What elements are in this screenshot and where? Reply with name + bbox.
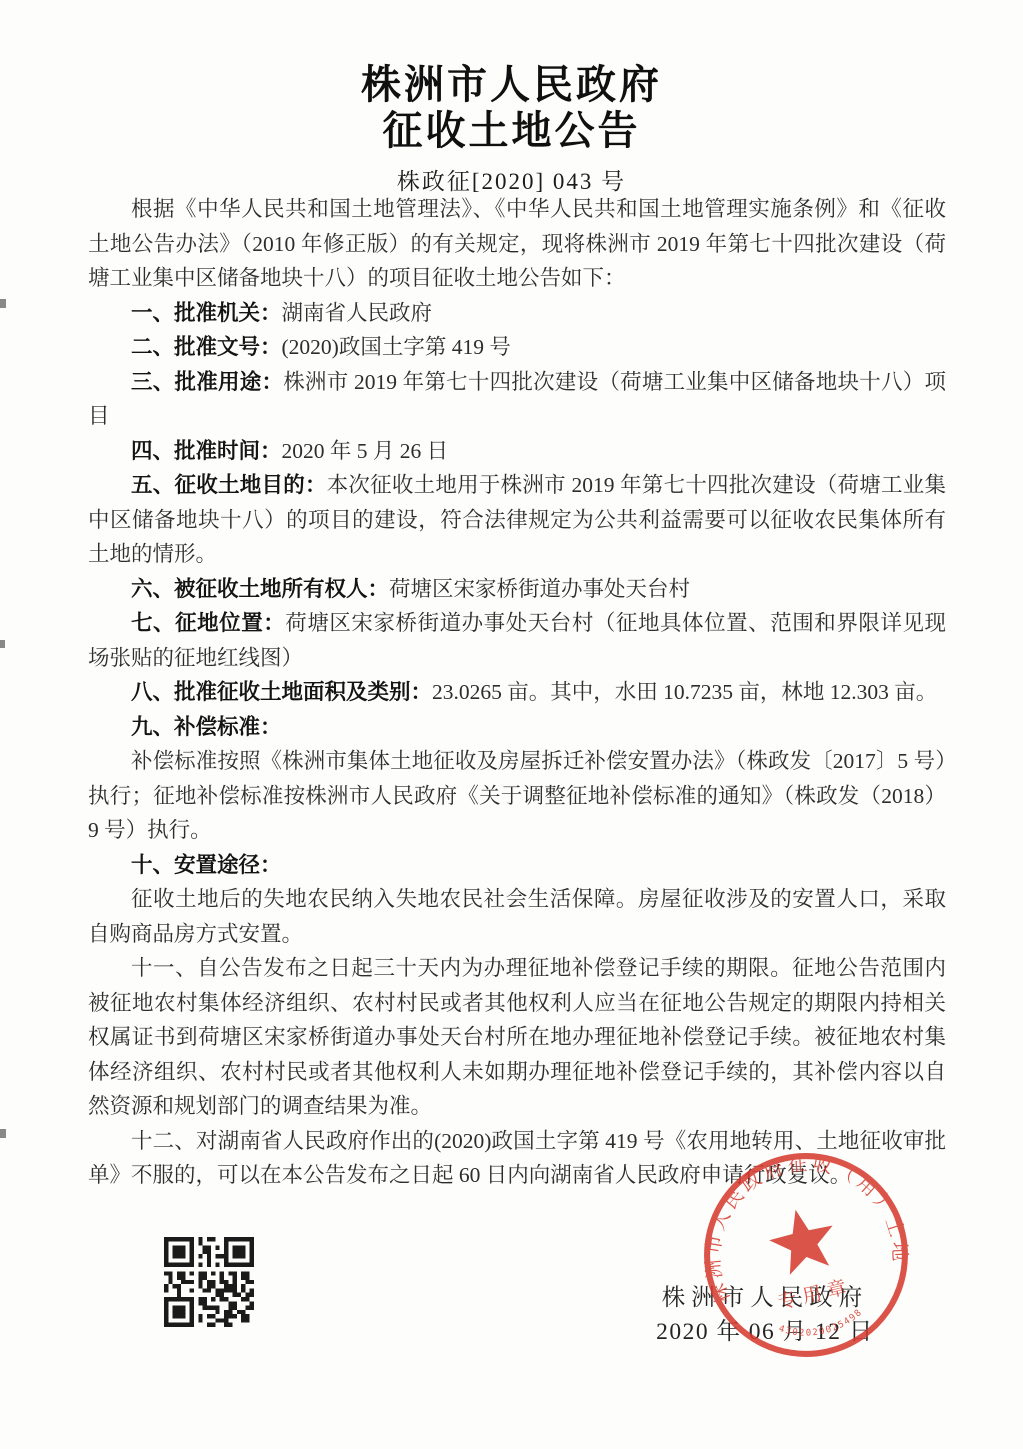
paragraph-text: 湖南省人民政府 [282,301,433,325]
paragraph-text: 根据《中华人民共和国土地管理法》、《中华人民共和国土地管理实施条例》和《征收土地… [88,197,946,290]
paragraph-label: 一、批准机关： [131,301,282,325]
paragraph-label: 九、补偿标准： [131,715,282,739]
item-8-land-area: 八、批准征收土地面积及类别：23.0265 亩。其中，水田 10.7235 亩，… [88,675,946,710]
qr-code [164,1236,254,1328]
paragraph-text: 2020 年 5 月 26 日 [282,439,449,463]
paragraph-label: 十、安置途径： [131,853,282,877]
paragraph-intro: 根据《中华人民共和国土地管理法》、《中华人民共和国土地管理实施条例》和《征收土地… [88,192,946,296]
announcement-document: 株洲市人民政府 征收土地公告 株政征[2020] 043 号 根据《中华人民共和… [0,0,1023,1449]
signature-date: 2020 年 06 月 12 日 [610,1317,920,1347]
paragraph-text: 荷塘区宋家桥街道办事处天台村 [389,577,690,601]
paragraph-label: 二、批准文号： [131,335,282,359]
document-title-line1: 株洲市人民政府 [0,62,1023,108]
scan-artifact [0,299,6,308]
seal-star-icon [764,1202,841,1277]
item-9-compensation-heading: 九、补偿标准： [88,710,946,745]
item-2-approval-doc-number: 二、批准文号：(2020)政国土字第 419 号 [88,330,946,365]
paragraph-label: 六、被征收土地所有权人： [131,577,389,601]
paragraph-resettlement-detail: 征收土地后的失地农民纳入失地农民社会生活保障。房屋征收涉及的安置人口，采取自购商… [88,882,946,951]
paragraph-item-11-registration: 十一、自公告发布之日起三十天内为办理征地补偿登记手续的期限。征地公告范围内被征地… [88,951,946,1124]
paragraph-label: 三、批准用途： [131,370,283,394]
document-body: 根据《中华人民共和国土地管理法》、《中华人民共和国土地管理实施条例》和《征收土地… [88,192,946,1193]
document-header: 株洲市人民政府 征收土地公告 株政征[2020] 043 号 [0,62,1023,196]
signature-issuer: 株洲市人民政府 [610,1283,920,1313]
paragraph-item-12-review: 十二、对湖南省人民政府作出的(2020)政国土字第 419 号《农用地转用、土地… [88,1124,946,1193]
scan-artifact [0,640,5,648]
paragraph-label: 五、征收土地目的： [131,473,327,497]
paragraph-text: 十一、自公告发布之日起三十天内为办理征地补偿登记手续的期限。征地公告范围内被征地… [88,956,946,1118]
paragraph-label: 八、批准征收土地面积及类别： [131,680,432,704]
paragraph-text: 23.0265 亩。其中，水田 10.7235 亩，林地 12.303 亩。 [432,680,937,704]
paragraph-text: 征收土地后的失地农民纳入失地农民社会生活保障。房屋征收涉及的安置人口，采取自购商… [88,887,946,946]
paragraph-label: 七、征地位置： [131,611,285,635]
document-title-line2: 征收土地公告 [0,108,1023,154]
paragraph-compensation-detail: 补偿标准按照《株洲市集体土地征收及房屋拆迁补偿安置办法》（株政发〔2017〕5 … [88,744,946,848]
item-6-land-owner: 六、被征收土地所有权人：荷塘区宋家桥街道办事处天台村 [88,572,946,607]
item-4-approval-date: 四、批准时间：2020 年 5 月 26 日 [88,434,946,469]
signature-block: 株洲市人民政府 2020 年 06 月 12 日 [610,1283,920,1347]
paragraph-text: 补偿标准按照《株洲市集体土地征收及房屋拆迁补偿安置办法》（株政发〔2017〕5 … [88,749,946,842]
item-1-approval-authority: 一、批准机关：湖南省人民政府 [88,296,946,331]
paragraph-text: (2020)政国土字第 419 号 [282,335,511,359]
paragraph-label: 四、批准时间： [131,439,282,463]
item-5-expropriation-purpose: 五、征收土地目的：本次征收土地用于株洲市 2019 年第七十四批次建设（荷塘工业… [88,468,946,572]
paragraph-text: 十二、对湖南省人民政府作出的(2020)政国土字第 419 号《农用地转用、土地… [88,1129,946,1188]
scan-artifact [0,1129,6,1138]
item-7-land-location: 七、征地位置：荷塘区宋家桥街道办事处天台村（征地具体位置、范围和界限详见现场张贴… [88,606,946,675]
item-3-approved-use: 三、批准用途：株洲市 2019 年第七十四批次建设（荷塘工业集中区储备地块十八）… [88,365,946,434]
item-10-resettlement-heading: 十、安置途径： [88,848,946,883]
